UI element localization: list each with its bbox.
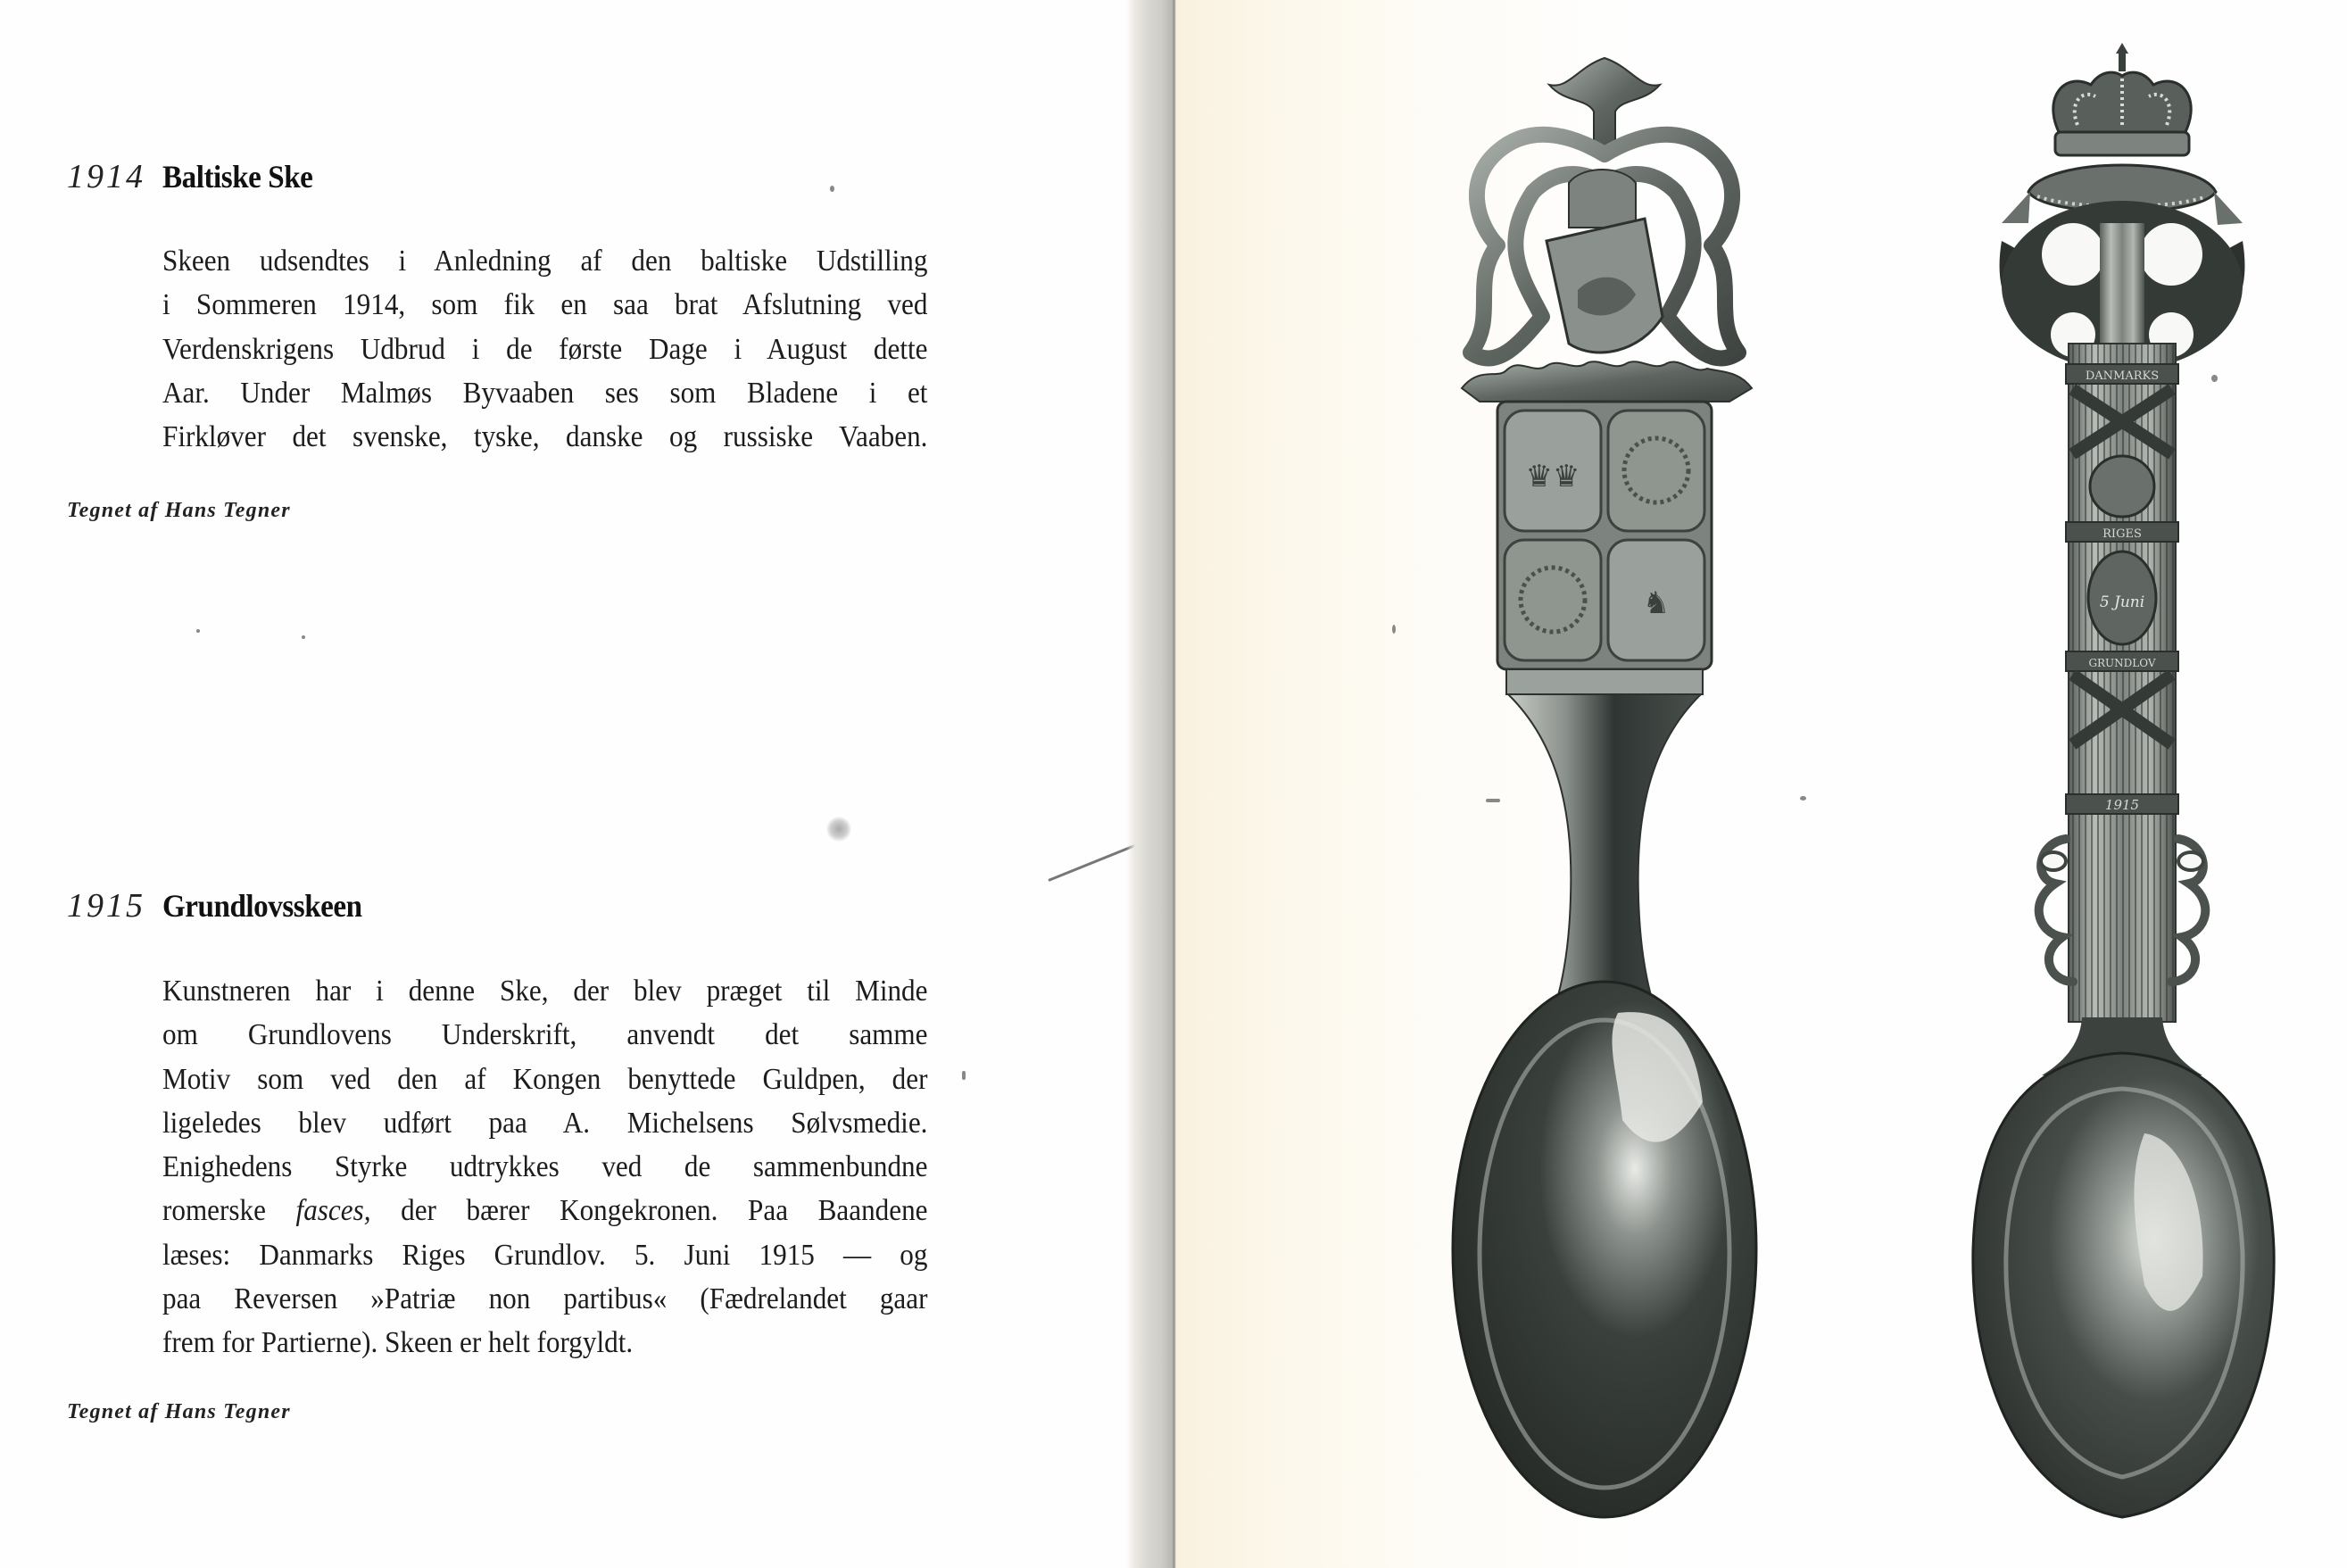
paper-speck — [962, 1071, 966, 1080]
paper-speck — [830, 186, 834, 192]
illustration-credit: Tegnet af Hans Tegner — [67, 1400, 291, 1424]
paper-speck — [2211, 375, 2218, 382]
entry-heading-1914: 1914 Baltiske Ske — [67, 157, 326, 196]
entry-title: Baltiske Ske — [162, 158, 312, 195]
body-text: romerske — [162, 1194, 266, 1227]
body-line: paa Reversen »Patriæ non partibus« (Fædr… — [162, 1277, 927, 1321]
paper-stain — [825, 817, 852, 842]
body-line: frem for Partierne). Skeen er helt forgy… — [162, 1321, 927, 1365]
body-line: Verdenskrigens Udbrud i de første Dage i… — [162, 328, 927, 371]
right-page: ♛♛ ♞ — [1176, 0, 2347, 1568]
baltic-spoon-illustration: ♛♛ ♞ — [1444, 49, 1765, 1531]
inscription-date: 5 Juni — [2100, 593, 2144, 611]
svg-text:♛♛: ♛♛ — [1526, 459, 1580, 494]
entry-year: 1915 — [67, 886, 162, 925]
body-line: Kunstneren har i denne Ske, der blev præ… — [162, 969, 927, 1013]
entry-year: 1914 — [67, 157, 162, 196]
body-line: læses: Danmarks Riges Grundlov. 5. Juni … — [162, 1233, 927, 1277]
body-line: Firkløver det svenske, tyske, danske og … — [162, 415, 927, 459]
inscription-riges: RIGES — [2102, 527, 2142, 541]
constitution-spoon-illustration: DANMARKS RIGES 5 Juni GRUNDLOV 1915 — [1966, 36, 2278, 1535]
paper-speck — [1392, 625, 1396, 634]
body-line: Skeen udsendtes i Anledning af den balti… — [162, 239, 927, 283]
paper-speck — [196, 629, 200, 633]
baltic-spoon-icon: ♛♛ ♞ — [1444, 49, 1765, 1531]
book-spread: 1914 Baltiske Ske Skeen udsendtes i Anle… — [0, 0, 2347, 1568]
body-line: i Sommeren 1914, som fik en saa brat Afs… — [162, 283, 927, 327]
paper-speck — [1800, 796, 1806, 801]
paper-speck — [1486, 799, 1500, 802]
body-line: Motiv som ved den af Kongen benyttede Gu… — [162, 1058, 927, 1101]
body-line: Aar. Under Malmøs Byvaaben ses som Blade… — [162, 371, 927, 415]
svg-text:♞: ♞ — [1643, 585, 1670, 621]
inscription-grundlov: GRUNDLOV — [2088, 657, 2155, 669]
inscription-year: 1915 — [2105, 797, 2139, 813]
body-line: romerske fasces, der bærer Kongekronen. … — [162, 1189, 927, 1232]
body-line: om Grundlovens Underskrift, anvendt det … — [162, 1013, 927, 1057]
constitution-spoon-icon: DANMARKS RIGES 5 Juni GRUNDLOV 1915 — [1966, 36, 2278, 1535]
left-page: 1914 Baltiske Ske Skeen udsendtes i Anle… — [0, 0, 1133, 1568]
book-gutter — [1126, 0, 1176, 1568]
illustration-credit: Tegnet af Hans Tegner — [67, 499, 291, 523]
inscription-danmarks: DANMARKS — [2086, 369, 2159, 383]
body-line: Enighedens Styrke udtrykkes ved de samme… — [162, 1145, 927, 1189]
body-line: ligeledes blev udført paa A. Michelsens … — [162, 1101, 927, 1145]
entry-body-1915: Kunstneren har i denne Ske, der blev præ… — [162, 969, 928, 1365]
italic-term: fasces, — [296, 1194, 371, 1227]
body-text: der bærer Kongekronen. Paa Baandene — [401, 1194, 927, 1227]
entry-title: Grundlovsskeen — [162, 887, 362, 925]
paper-speck — [302, 635, 305, 639]
entry-body-1914: Skeen udsendtes i Anledning af den balti… — [162, 239, 928, 459]
entry-heading-1915: 1915 Grundlovsskeen — [67, 886, 379, 925]
